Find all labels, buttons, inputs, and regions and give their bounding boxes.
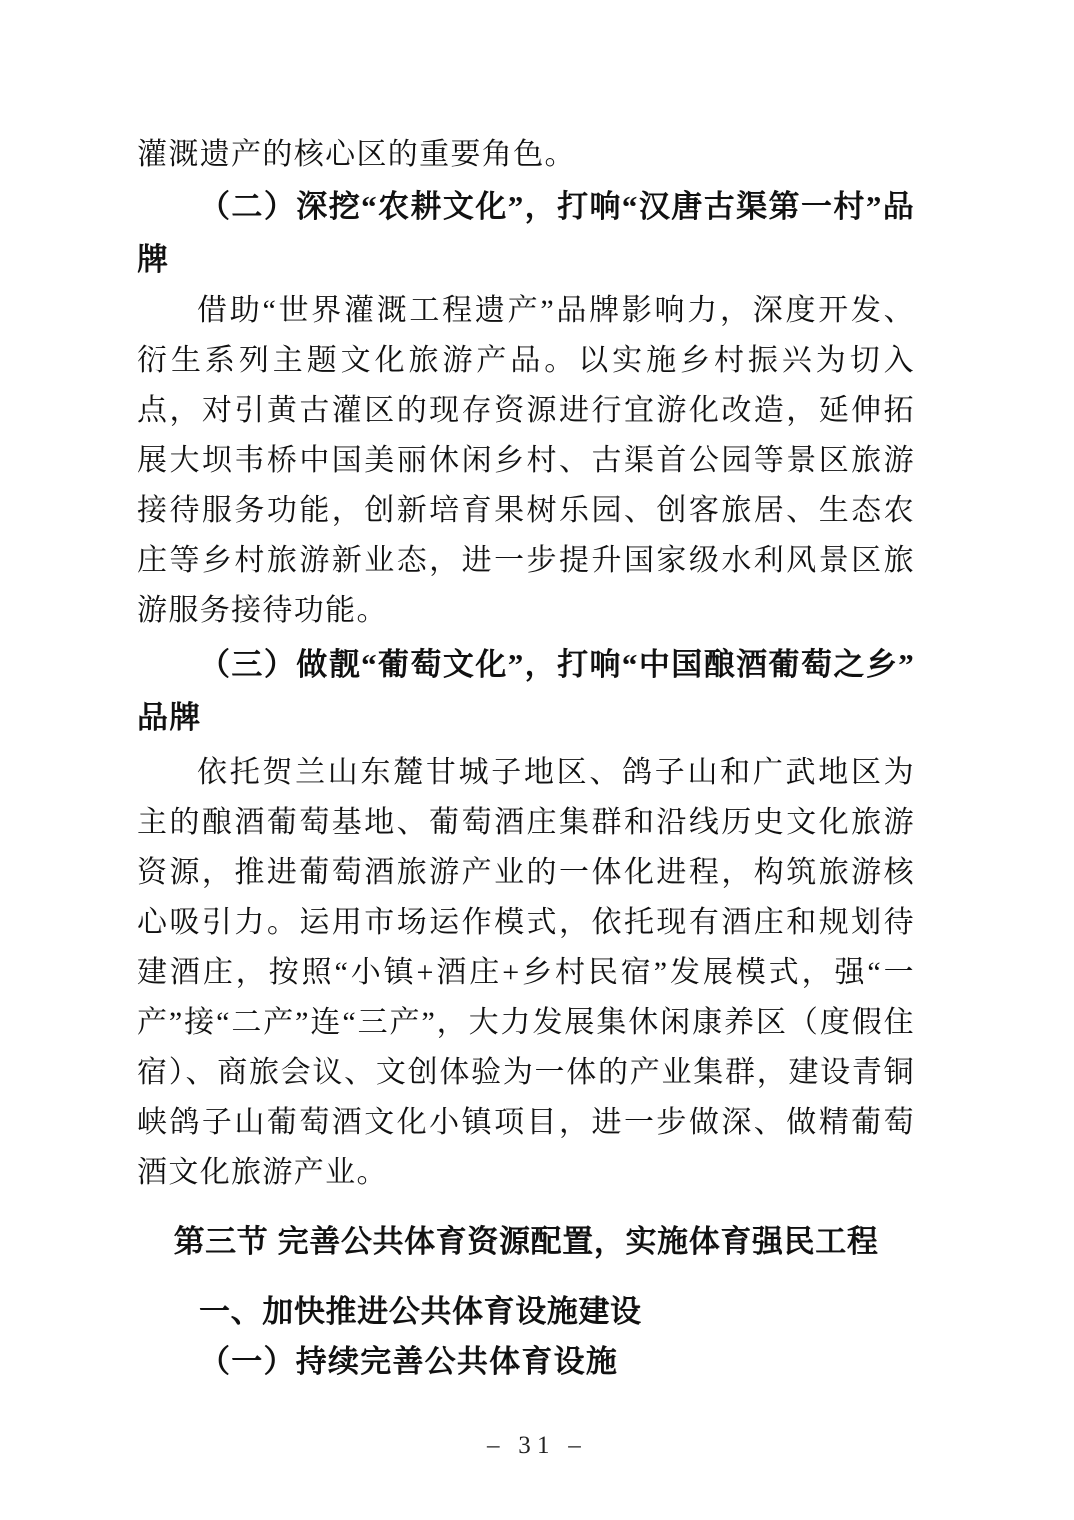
numbered-heading-1: 一、加快推进公共体育设施建设	[137, 1290, 915, 1334]
document-page: 灌溉遗产的核心区的重要角色。 （二）深挖“农耕文化”，打响“汉唐古渠第一村”品牌…	[0, 0, 1074, 1520]
section-heading: 第三节 完善公共体育资源配置，实施体育强民工程	[137, 1220, 915, 1264]
subsection-heading-3: （三）做靓“葡萄文化”，打响“中国酿酒葡萄之乡”品牌	[137, 638, 915, 744]
kaiti-subheading-1: （一）持续完善公共体育设施	[137, 1338, 915, 1386]
body-paragraph-1: 借助“世界灌溉工程遗产”品牌影响力，深度开发、衍生系列主题文化旅游产品。以实施乡…	[137, 286, 915, 636]
subsection-heading-2: （二）深挖“农耕文化”，打响“汉唐古渠第一村”品牌	[137, 180, 915, 286]
body-paragraph-2: 依托贺兰山东麓甘城子地区、鸽子山和广武地区为主的酿酒葡萄基地、葡萄酒庄集群和沿线…	[137, 748, 915, 1198]
paragraph-continuation: 灌溉遗产的核心区的重要角色。	[137, 130, 915, 180]
page-number: – 31 –	[0, 1432, 1074, 1460]
document-content: 灌溉遗产的核心区的重要角色。 （二）深挖“农耕文化”，打响“汉唐古渠第一村”品牌…	[137, 130, 915, 1386]
